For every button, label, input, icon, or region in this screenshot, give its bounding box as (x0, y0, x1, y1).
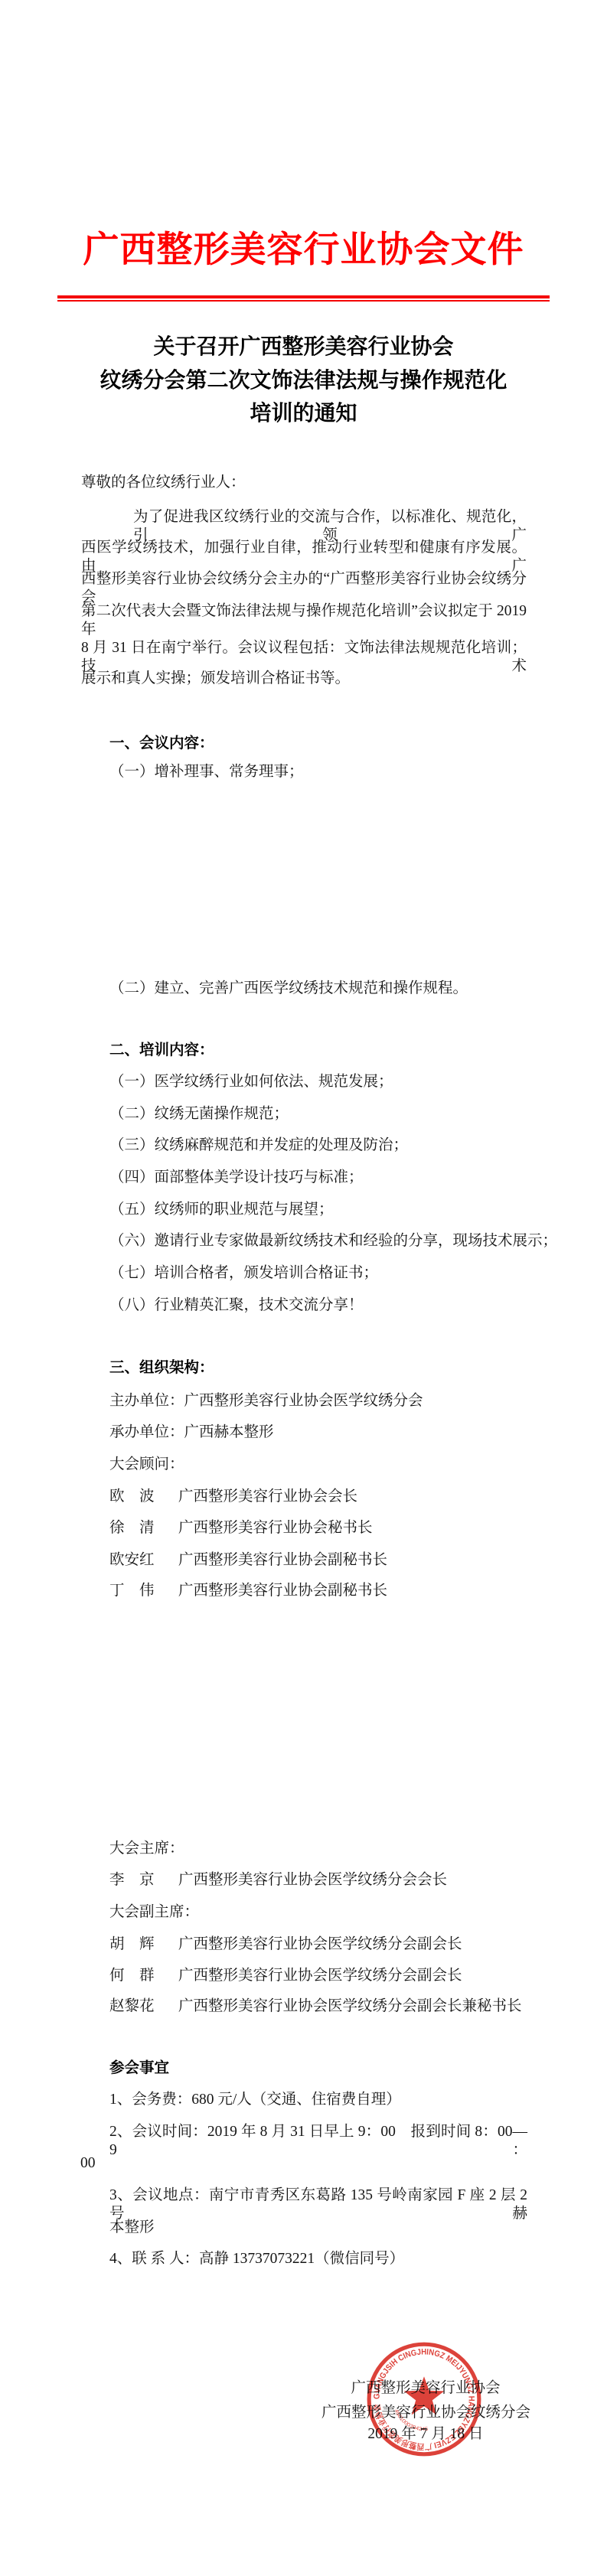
list-item: （一）医学纹绣行业如何依法、规范发展； (109, 1073, 393, 1091)
host-organizer: 主办单位：广西整形美容行业协会医学纹绣分会 (109, 1392, 423, 1410)
chairman-row: 李 京广西整形美容行业协会医学纹绣分会会长 (109, 1871, 447, 1890)
list-item: （三）纹绣麻醉规范和并发症的处理及防治； (109, 1136, 408, 1155)
list-item: （八）行业精英汇聚，技术交流分享！ (109, 1296, 364, 1315)
attendance-heading: 参会事宜 (109, 2059, 169, 2077)
advisor-row: 欧 波广西整形美容行业协会会长 (109, 1488, 357, 1506)
attendance-item: 2、会议时间：2019 年 8 月 31 日早上 9：00 报到时间 8：00—… (109, 2123, 527, 2160)
undertaker: 承办单位：广西赫本整形 (109, 1423, 274, 1442)
vice-chairman-title: 广西整形美容行业协会医学纹绣分会副会长兼秘书长 (178, 1998, 522, 2014)
seal-star-icon (404, 2376, 445, 2415)
list-item: （二）纹绣无菌操作规范； (109, 1105, 289, 1123)
advisor-row: 欧安红广西整形美容行业协会副秘书长 (109, 1551, 387, 1570)
chairman-title: 广西整形美容行业协会医学纹绣分会会长 (178, 1872, 447, 1888)
advisor-row: 徐 清广西整形美容行业协会秘书长 (109, 1519, 373, 1537)
advisor-row: 丁 伟广西整形美容行业协会副秘书长 (109, 1582, 387, 1600)
vice-chairman-name: 胡 辉 (109, 1935, 178, 1954)
list-item: （四）面部整体美学设计技巧与标准； (109, 1169, 364, 1187)
list-item: （一）增补理事、常务理事； (109, 763, 304, 781)
section1-heading: 一、会议内容： (109, 734, 214, 752)
attendance-item: 3、会议地点：南宁市青秀区东葛路 135 号岭南家园 F 座 2 层 2 号赫 (109, 2186, 527, 2224)
letterhead-title: 广西整形美容行业协会文件 (0, 230, 607, 271)
letterhead-rule (57, 295, 550, 302)
salutation: 尊敬的各位纹绣行业人： (81, 474, 246, 492)
list-item: （六）邀请行业专家做最新纹绣技术和经验的分享，现场技术展示； (109, 1232, 557, 1251)
letterhead-rule-thin (57, 300, 550, 302)
attendance-item-continuation: 00 (80, 2154, 96, 2173)
list-item: （二）建立、完善广西医学纹绣技术规范和操作规程。 (109, 980, 468, 998)
advisor-name: 欧安红 (109, 1551, 178, 1570)
notice-title-line2: 纹绣分会第二次文饰法律法规与操作规范化 (0, 368, 607, 394)
intro-line: 第二次代表大会暨文饰法律法规与操作规范化培训”会议拟定于 2019 年 (81, 602, 527, 640)
section3-heading: 三、组织架构： (109, 1358, 214, 1377)
official-seal-graphic: GVANGJSIH CINGJHINGZ MEIJYUNGZ HANGZYEZ … (365, 2340, 483, 2458)
vice-chairman-title: 广西整形美容行业协会医学纹绣分会副会长 (178, 1936, 462, 1952)
vice-chairman-label: 大会副主席： (109, 1903, 199, 1922)
official-document-page: 广西整形美容行业协会文件 关于召开广西整形美容行业协会 纹绣分会第二次文饰法律法… (0, 0, 607, 2576)
vice-chairman-row: 赵黎花广西整形美容行业协会医学纹绣分会副会长兼秘书长 (109, 1997, 522, 2016)
advisor-name: 欧 波 (109, 1488, 178, 1506)
vice-chairman-row: 胡 辉广西整形美容行业协会医学纹绣分会副会长 (109, 1935, 462, 1954)
seal-serial-number: 4501000394245 (393, 2408, 429, 2432)
advisor-title: 广西整形美容行业协会秘书长 (178, 1520, 373, 1536)
attendance-item: 4、联 系 人：高静 13737073221（微信同号） (109, 2250, 404, 2268)
attendance-item: 1、会务费：680 元/人（交通、住宿费自理） (109, 2091, 401, 2109)
advisor-title: 广西整形美容行业协会副秘书长 (178, 1583, 387, 1599)
section2-heading: 二、培训内容： (109, 1041, 214, 1059)
vice-chairman-name: 赵黎花 (109, 1997, 178, 2016)
letterhead-rule-thick (57, 295, 550, 298)
official-seal: GVANGJSIH CINGJHINGZ MEIJYUNGZ HANGZYEZ … (365, 2340, 483, 2458)
vice-chairman-row: 何 群广西整形美容行业协会医学纹绣分会副会长 (109, 1967, 462, 1985)
advisor-title: 广西整形美容行业协会副秘书长 (178, 1552, 387, 1568)
vice-chairman-name: 何 群 (109, 1967, 178, 1985)
list-item: （七）培训合格者，颁发培训合格证书； (109, 1264, 378, 1283)
notice-title-line1: 关于召开广西整形美容行业协会 (0, 334, 607, 360)
attendance-item-continuation: 本整形 (109, 2219, 155, 2237)
chairman-label: 大会主席： (109, 1840, 184, 1858)
list-item: （五）纹绣师的职业规范与展望； (109, 1201, 334, 1219)
vice-chairman-title: 广西整形美容行业协会医学纹绣分会副会长 (178, 1968, 462, 1984)
advisor-name: 徐 清 (109, 1519, 178, 1537)
intro-line: 展示和真人实操；颁发培训合格证书等。 (81, 670, 350, 688)
advisors-label: 大会顾问： (109, 1456, 184, 1474)
advisor-name: 丁 伟 (109, 1582, 178, 1600)
advisor-title: 广西整形美容行业协会会长 (178, 1489, 357, 1505)
chairman-name: 李 京 (109, 1871, 178, 1890)
notice-title-line3: 培训的通知 (0, 401, 607, 427)
